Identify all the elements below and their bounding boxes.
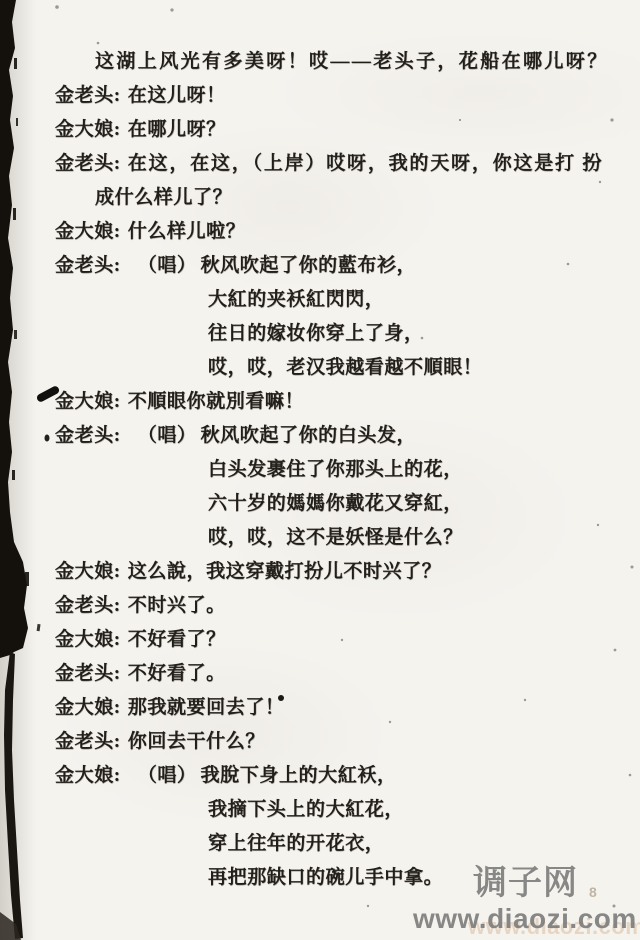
page-number: 8	[589, 884, 597, 900]
sung-marker: （唱）	[138, 425, 197, 446]
line-text: 秋风吹起了你的藍布衫，	[201, 255, 417, 276]
speaker-label: 金大娘:	[55, 221, 121, 242]
line-text: 往日的嫁妆你穿上了身，	[208, 323, 424, 344]
script-line: 白头发裹住了你那头上的花，	[0, 453, 640, 487]
line-text: 这么說，我这穿戴打扮儿不时兴了？	[128, 561, 442, 582]
script-line: 金大娘:（唱）我脫下身上的大紅袄，	[0, 759, 640, 793]
speaker-label: 金大娘:	[55, 629, 121, 650]
line-text: 什么样儿啦？	[128, 221, 246, 242]
line-text: 大紅的夹袄紅閃閃，	[208, 289, 384, 310]
script-line: 金老头:（唱）秋风吹起了你的藍布衫，	[0, 249, 640, 283]
script-line: 金老头:在这，在这，（上岸）哎呀，我的天呀，你这是打 扮	[0, 147, 640, 181]
line-text: 秋风吹起了你的白头发，	[201, 425, 417, 446]
script-line: 大紅的夹袄紅閃閃，	[0, 283, 640, 317]
speaker-label: 金大娘:	[55, 697, 121, 718]
script-line: 六十岁的媽媽你戴花又穿紅，	[0, 487, 640, 521]
script-line: 金大娘:不好看了？	[0, 623, 640, 657]
line-text: 这湖上风光有多美呀！哎——老头子，花船在哪儿呀？	[95, 51, 609, 72]
line-text: 在哪儿呀？	[128, 119, 226, 140]
sung-marker: （唱）	[138, 255, 197, 276]
script-line: 金老头:在这儿呀！	[0, 79, 640, 113]
line-text: 不好看了？	[128, 629, 226, 650]
script-line: 哎，哎，老汉我越看越不順眼！	[0, 351, 640, 385]
line-text: 哎，哎，老汉我越看越不順眼！	[208, 357, 482, 378]
watermark-site-name: 调子网	[473, 866, 578, 900]
line-text: 在这，在这，（上岸）哎呀，我的天呀，你这是打 扮	[128, 153, 603, 174]
speaker-label: 金老头:	[55, 425, 121, 446]
script-line: 金大娘:那我就要回去了！	[0, 691, 640, 725]
script-body: 这湖上风光有多美呀！哎——老头子，花船在哪儿呀？ 金老头:在这儿呀！ 金大娘:在…	[0, 45, 640, 895]
speaker-label: 金老头:	[55, 255, 121, 276]
script-line: 这湖上风光有多美呀！哎——老头子，花船在哪儿呀？	[0, 45, 640, 79]
script-line: 金老头:（唱）秋风吹起了你的白头发，	[0, 419, 640, 453]
watermark-url: www.diaozi.com	[413, 905, 637, 933]
line-text: 六十岁的媽媽你戴花又穿紅，	[208, 493, 463, 514]
speaker-label: 金老头:	[55, 595, 121, 616]
line-text: 穿上往年的开花衣，	[208, 833, 384, 854]
script-line: 金大娘:在哪儿呀？	[0, 113, 640, 147]
line-text: 我脫下身上的大紅袄，	[201, 765, 397, 786]
sung-marker: （唱）	[138, 765, 197, 786]
line-text: 我摘下头上的大紅花，	[208, 799, 404, 820]
script-line: 穿上往年的开花衣，	[0, 827, 640, 861]
line-text: 哎，哎，这不是妖怪是什么？	[208, 527, 463, 548]
speaker-label: 金老头:	[55, 85, 121, 106]
speaker-label: 金老头:	[55, 153, 121, 174]
speaker-label: 金老头:	[55, 731, 121, 752]
script-line: 金大娘:不順眼你就別看嘛！	[0, 385, 640, 419]
script-line: 往日的嫁妆你穿上了身，	[0, 317, 640, 351]
script-line: 金老头:你回去干什么？	[0, 725, 640, 759]
script-line: 哎，哎，这不是妖怪是什么？	[0, 521, 640, 555]
line-text: 不时兴了。	[128, 595, 226, 616]
line-text: 你回去干什么？	[128, 731, 265, 752]
line-text: 那我就要回去了！	[128, 697, 285, 718]
line-text: 不順眼你就別看嘛！	[128, 391, 304, 412]
line-text: 再把那缺口的碗儿手中拿。	[208, 867, 443, 888]
script-line: 金大娘:什么样儿啦？	[0, 215, 640, 249]
speaker-label: 金大娘:	[55, 765, 121, 786]
line-text: 在这儿呀！	[128, 85, 226, 106]
line-text: 成什么样儿了？	[95, 187, 232, 208]
line-text: 白头发裹住了你那头上的花，	[208, 459, 463, 480]
script-line: 成什么样儿了？	[0, 181, 640, 215]
speaker-label: 金大娘:	[55, 561, 121, 582]
script-line: 金老头:不时兴了。	[0, 589, 640, 623]
speaker-label: 金大娘:	[55, 391, 121, 412]
line-text: 不好看了。	[128, 663, 226, 684]
script-line: 金大娘:这么說，我这穿戴打扮儿不时兴了？	[0, 555, 640, 589]
script-line: 我摘下头上的大紅花，	[0, 793, 640, 827]
speaker-label: 金大娘:	[55, 119, 121, 140]
speaker-label: 金老头:	[55, 663, 121, 684]
script-line: 金老头:不好看了。	[0, 657, 640, 691]
scanned-page: 这湖上风光有多美呀！哎——老头子，花船在哪儿呀？ 金老头:在这儿呀！ 金大娘:在…	[0, 0, 640, 940]
